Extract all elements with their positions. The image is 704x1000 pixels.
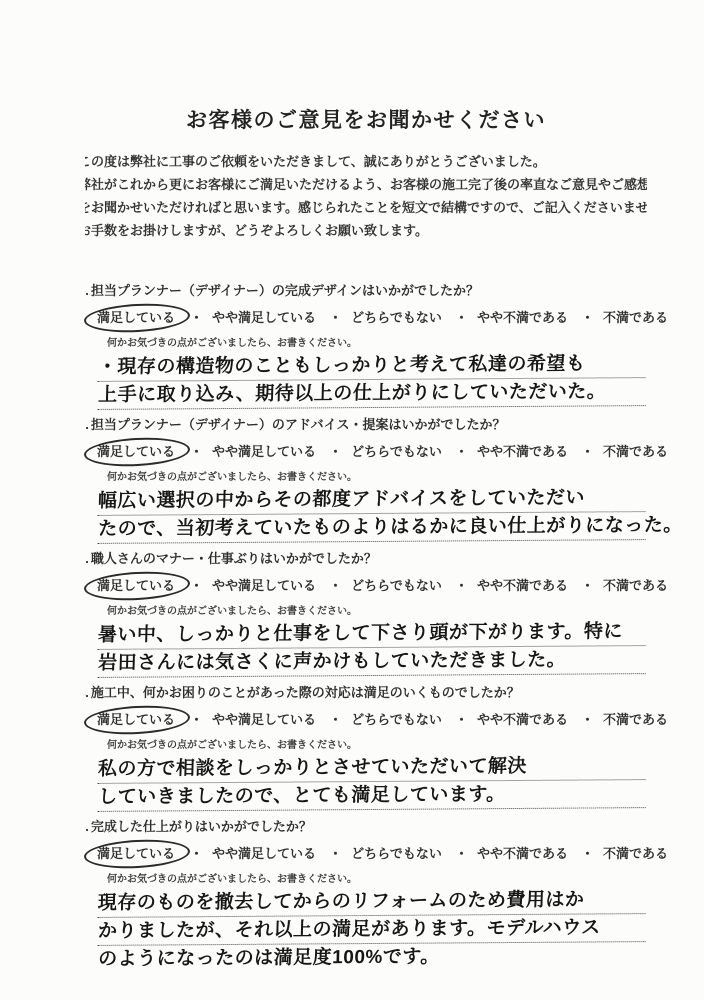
option-separator: ・ — [190, 711, 203, 729]
question-number: 2. — [85, 417, 89, 432]
option-separator: ・ — [455, 577, 468, 595]
question-number: 5. — [85, 819, 89, 834]
option-4: やや不満である — [477, 309, 568, 327]
handwritten-line: していきましたので、とても満足しています。 — [98, 780, 647, 812]
handwritten-line: かりましたが、それ以上の満足があります。モデルハウス — [98, 914, 647, 946]
handwritten-answer: 幅広い選択の中からその都度アドバイスをしていただいたので、当初考えていたものより… — [98, 484, 646, 544]
handwritten-line: 現存のものを撤去してからのリフォームのため費用はか — [97, 886, 646, 918]
question-title: 4.施工中、何かお困りのことがあった際の対応は満足のいくものでしたか？ — [85, 684, 647, 702]
option-2: やや満足している — [212, 577, 316, 595]
option-3: どちらでもない — [351, 309, 442, 327]
option-1-circled: 満足している — [95, 711, 177, 729]
option-separator: ・ — [329, 711, 342, 729]
handwritten-line: 暑い中、しっかりと仕事をして下さり頭が下がります。特に — [98, 618, 647, 650]
option-2: やや満足している — [212, 443, 316, 461]
option-separator: ・ — [581, 577, 594, 595]
option-1-circled: 満足している — [95, 443, 177, 461]
option-5: 不満である — [603, 309, 668, 327]
handwritten-answer: 私の方で相談をしっかりとさせていただいて解決していきましたので、とても満足してい… — [98, 752, 646, 812]
option-separator: ・ — [581, 309, 594, 327]
option-3: どちらでもない — [351, 845, 442, 863]
options-row: 満足している・やや満足している・どちらでもない・やや不満である・不満である — [95, 845, 647, 863]
handwritten-line: 上手に取り込み、期待以上の仕上がりにしていただいた。 — [98, 378, 647, 410]
intro-line-text: お手数をお掛けしますが、どうぞよろしくお願い致します。 — [85, 219, 647, 242]
options-row: 満足している・やや満足している・どちらでもない・やや不満である・不満である — [95, 577, 647, 595]
options-row: 満足している・やや満足している・どちらでもない・やや不満である・不満である — [95, 309, 647, 327]
intro-line: 弊社がこれから更にお客様にご満足いただけるよう、お客様の施工完了後の率直なご意見… — [85, 173, 647, 196]
option-4: やや不満である — [477, 577, 568, 595]
handwritten-line: 岩田さんには気さくに声かけもしていただきました。 — [98, 646, 647, 678]
question-text: 担当プランナー（デザイナー）の完成デザインはいかがでしたか？ — [91, 283, 479, 298]
survey-page: お客様のご意見をお聞かせください この度は弊社に工事のご依頼をいただきまして、誠… — [85, 0, 647, 980]
option-2: やや満足している — [212, 845, 316, 863]
option-3: どちらでもない — [351, 577, 442, 595]
question-number: 1. — [85, 283, 89, 298]
handwritten-line: のようになったのは満足度100%です。 — [98, 942, 647, 974]
intro-paragraph: この度は弊社に工事のご依頼をいただきまして、誠にありがとうございました。弊社がこ… — [85, 150, 647, 242]
handwritten-line: 幅広い選択の中からその都度アドバイスをしていただい — [98, 484, 647, 516]
handwritten-line: 私の方で相談をしっかりとさせていただいて解決 — [98, 752, 647, 784]
question-title: 3.職人さんのマナー・仕事ぶりはいかがでしたか？ — [85, 550, 647, 568]
intro-line-text: 弊社がこれから更にお客様にご満足いただけるよう、お客様の施工完了後の率直なご意見… — [85, 173, 647, 196]
intro-line-text: この度は弊社に工事のご依頼をいただきまして、誠にありがとうございました。 — [85, 150, 647, 173]
option-separator: ・ — [455, 443, 468, 461]
intro-line: この度は弊社に工事のご依頼をいただきまして、誠にありがとうございました。 — [85, 150, 647, 173]
option-separator: ・ — [455, 711, 468, 729]
question-number: 3. — [85, 551, 89, 566]
question-block: 3.職人さんのマナー・仕事ぶりはいかがでしたか？ 満足している・やや満足している… — [85, 550, 647, 676]
option-1-circled: 満足している — [95, 577, 177, 595]
options-row: 満足している・やや満足している・どちらでもない・やや不満である・不満である — [95, 711, 647, 729]
option-1-circled: 満足している — [95, 845, 177, 863]
option-1-circled: 満足している — [95, 309, 177, 327]
intro-line-text: をお聞かせいただければと思います。感じられたことを短文で結構ですので、ご記入くだ… — [85, 196, 647, 219]
question-block: 1.担当プランナー（デザイナー）の完成デザインはいかがでしたか？ 満足している・… — [85, 282, 647, 408]
option-4: やや不満である — [477, 845, 568, 863]
write-note: 何かお気づきの点がございましたら、お書きください。 — [107, 739, 647, 753]
option-separator: ・ — [455, 309, 468, 327]
option-5: 不満である — [603, 845, 668, 863]
question-text: 施工中、何かお困りのことがあった際の対応は満足のいくものでしたか？ — [91, 685, 520, 700]
option-5: 不満である — [603, 577, 668, 595]
option-2: やや満足している — [212, 711, 316, 729]
option-separator: ・ — [190, 845, 203, 863]
options-row: 満足している・やや満足している・どちらでもない・やや不満である・不満である — [95, 443, 647, 461]
page-title: お客様のご意見をお聞かせください — [85, 0, 647, 136]
write-note: 何かお気づきの点がございましたら、お書きください。 — [107, 605, 647, 619]
option-3: どちらでもない — [351, 443, 442, 461]
option-separator: ・ — [329, 443, 342, 461]
write-note: 何かお気づきの点がございましたら、お書きください。 — [107, 873, 647, 887]
question-text: 完成した仕上がりはいかがでしたか？ — [91, 819, 312, 834]
write-note: 何かお気づきの点がございましたら、お書きください。 — [107, 471, 647, 485]
handwritten-line: たので、当初考えていたものよりはるかに良い仕上がりになった。 — [98, 512, 647, 544]
option-4: やや不満である — [477, 443, 568, 461]
option-5: 不満である — [603, 711, 668, 729]
question-number: 4. — [85, 685, 89, 700]
option-separator: ・ — [190, 443, 203, 461]
question-block: 2.担当プランナー（デザイナー）のアドバイス・提案はいかがでしたか？ 満足してい… — [85, 416, 647, 542]
write-note: 何かお気づきの点がございましたら、お書きください。 — [107, 337, 647, 351]
handwritten-answer: 暑い中、しっかりと仕事をして下さり頭が下がります。特に岩田さんには気さくに声かけ… — [98, 618, 646, 678]
question-block: 4.施工中、何かお困りのことがあった際の対応は満足のいくものでしたか？ 満足して… — [85, 684, 647, 810]
option-separator: ・ — [581, 845, 594, 863]
option-separator: ・ — [581, 443, 594, 461]
option-separator: ・ — [329, 309, 342, 327]
question-title: 5.完成した仕上がりはいかがでしたか？ — [85, 818, 647, 836]
handwritten-answer: 現存のものを撤去してからのリフォームのため費用はかかりましたが、それ以上の満足が… — [98, 886, 647, 974]
option-5: 不満である — [603, 443, 668, 461]
question-title: 1.担当プランナー（デザイナー）の完成デザインはいかがでしたか？ — [85, 282, 647, 300]
question-text: 職人さんのマナー・仕事ぶりはいかがでしたか？ — [91, 551, 377, 566]
question-list: 1.担当プランナー（デザイナー）の完成デザインはいかがでしたか？ 満足している・… — [85, 282, 647, 972]
option-2: やや満足している — [212, 309, 316, 327]
option-separator: ・ — [190, 577, 203, 595]
option-separator: ・ — [190, 309, 203, 327]
option-4: やや不満である — [477, 711, 568, 729]
option-separator: ・ — [581, 711, 594, 729]
question-title: 2.担当プランナー（デザイナー）のアドバイス・提案はいかがでしたか？ — [85, 416, 647, 434]
intro-line: お手数をお掛けしますが、どうぞよろしくお願い致します。 — [85, 219, 647, 242]
question-text: 担当プランナー（デザイナー）のアドバイス・提案はいかがでしたか？ — [91, 417, 506, 432]
question-block: 5.完成した仕上がりはいかがでしたか？ 満足している・やや満足している・どちらで… — [85, 818, 647, 972]
option-separator: ・ — [455, 845, 468, 863]
option-3: どちらでもない — [351, 711, 442, 729]
intro-line: をお聞かせいただければと思います。感じられたことを短文で結構ですので、ご記入くだ… — [85, 196, 647, 219]
option-separator: ・ — [329, 845, 342, 863]
handwritten-line: ・現存の構造物のこともしっかりと考えて私達の希望も — [98, 350, 647, 382]
option-separator: ・ — [329, 577, 342, 595]
handwritten-answer: ・現存の構造物のこともしっかりと考えて私達の希望も上手に取り込み、期待以上の仕上… — [98, 350, 646, 410]
